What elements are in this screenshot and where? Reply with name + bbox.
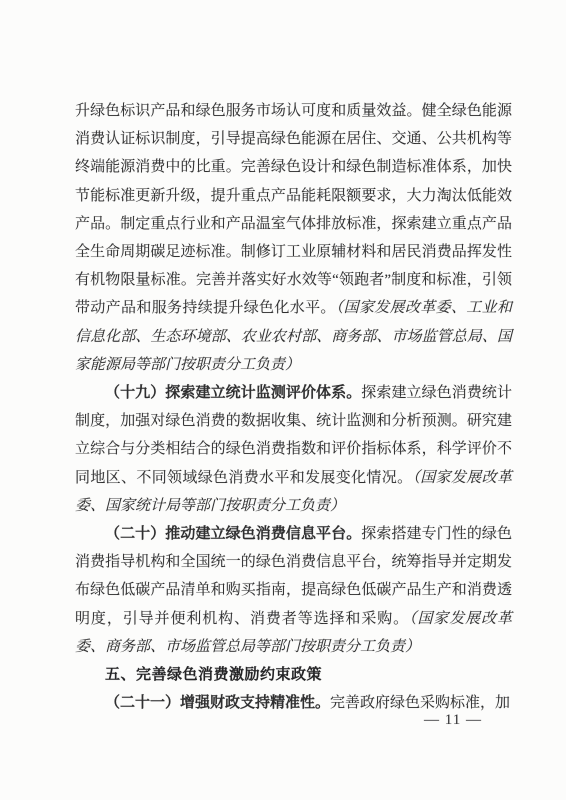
item-19-subheading: （十九）探索建立统计监测评价体系。 [105, 385, 361, 401]
paragraph-item-19: （十九）探索建立统计监测评价体系。探索建立绿色消费统计制度，加强对绿色消费的数据… [75, 379, 512, 520]
paragraph-text: 升绿色标识产品和绿色服务市场认可度和质量效益。健全绿色能源消费认证标识制度，引导… [75, 103, 512, 316]
item-20-subheading: （二十）推动建立绿色消费信息平台。 [105, 526, 361, 542]
item-21-subheading: （二十一）增强财政支持精准性。 [105, 695, 330, 711]
paragraph-continuation: 升绿色标识产品和绿色服务市场认可度和质量效益。健全绿色能源消费认证标识制度，引导… [75, 97, 512, 379]
document-page: 升绿色标识产品和绿色服务市场认可度和质量效益。健全绿色能源消费认证标识制度，引导… [0, 0, 566, 800]
section-heading-5: 五、完善绿色消费激励约束政策 [75, 661, 512, 689]
document-body: 升绿色标识产品和绿色服务市场认可度和质量效益。健全绿色能源消费认证标识制度，引导… [75, 97, 512, 717]
paragraph-text: 完善政府绿色采购标准，加 [330, 695, 510, 711]
page-number: — 11 — [424, 712, 482, 729]
paragraph-item-20: （二十）推动建立绿色消费信息平台。探索搭建专门性的绿色消费指导机构和全国统一的绿… [75, 520, 512, 661]
